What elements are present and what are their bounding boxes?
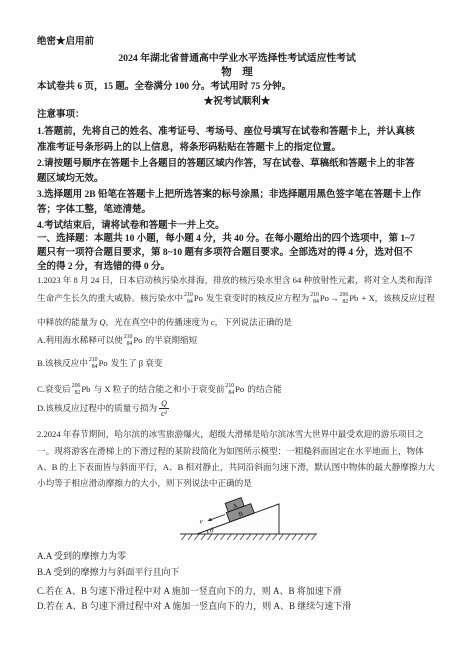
notice-line: 1.答题前，先将自己的姓名、准考证号、考场号、座位号填写在试卷和答题卡上，并认真… (37, 126, 415, 139)
notice-line: 4.考试结束后，请将试卷和答题卡一并上交。 (37, 220, 225, 233)
q2-stem-line: 一。现将游客在滑梯上的下滑过程的某阶段简化为如图所示模型：一粗糙斜面固定在水平地… (37, 445, 424, 458)
nuclide-pb206: 20682Pb (340, 292, 359, 305)
q2-option-c: C.若在 A、B 匀速下滑过程中对 A 施加一竖直向下的力，则 A、B 将加速下… (37, 585, 342, 598)
ground-hatching (182, 534, 317, 540)
velocity-arrowhead (208, 518, 212, 521)
q1-stem-text: 发生衰变时的核反应方程为 (204, 292, 309, 305)
page-title: 2024 年湖北省普通高中学业水平选择性考试适应性考试 (0, 52, 474, 65)
nuclide-pb206: 20682Pb (72, 383, 91, 396)
incline-figure: θ A B v (176, 488, 322, 550)
q2-stem-line: 2.2024 年春节期间，哈尔滨的冰雪旅游爆火，超级大滑梯是哈尔滨冰雪大世界中最… (37, 428, 424, 441)
q2-option-d: D.若在 A、B 匀速下滑过程中对 A 施加一竖直向下的力，则 A、B 继续匀速… (37, 600, 351, 613)
notice-line: 题区域均无效。 (37, 173, 104, 186)
velocity-label: v (200, 518, 204, 526)
mass-defect-fraction: Qc² (159, 399, 169, 418)
q1-option-d: D.该核反应过程中的质量亏损为 Qc² (37, 399, 169, 418)
nuclide-po210: 21084Po (225, 383, 244, 396)
subject-title: 物 理 (0, 66, 474, 79)
velocity-arrow-line (211, 515, 226, 520)
q1-stem-text: 生命产生长久的重大威胁。核污染水中 (37, 292, 183, 305)
q1-stem-line: 1.2023 年 8 月 24 日，日本启动核污染水排海，排放的核污染水里含 6… (37, 274, 432, 287)
section-heading-line: 全的得 2 分，有选错的得 0 分。 (37, 261, 170, 274)
nuclide-po210: 21084Po (89, 357, 108, 370)
notice-line: 3.选择题用 2B 铅笔在答题卡上把所选答案的标号涂黑；非选择题用黑色签字笔在答… (37, 189, 421, 202)
notice-line: 准准考证号条形码上的以上信息，将条形码粘贴在答题卡上的指定位置。 (37, 142, 341, 155)
exam-page: 绝密★启用前 2024 年湖北省普通高中学业水平选择性考试适应性考试 物 理 本… (0, 0, 474, 670)
q1-stem-line: 中释放的能量为 Q，光在真空中的传播速度为 c，下列说法正确的是 (37, 316, 292, 329)
q1-option-b: B.该核反应中 21084Po 发生了 β 衰变 (37, 357, 162, 370)
reaction-arrow: → (330, 292, 339, 305)
section-heading-line: 题只有一项符合题目要求，第 8~10 题有多项符合题目要求。全部选对的得 4 分… (37, 247, 412, 260)
nuclide-po210: 21084Po (310, 292, 329, 305)
nuclide-po210: 21084Po (184, 292, 203, 305)
q1-stem-line: 生命产生长久的重大威胁。核污染水中 21084Po 发生衰变时的核反应方程为 2… (37, 292, 435, 305)
wish-line: ★祝考试顺利★ (0, 96, 474, 109)
q2-option-b: B.A 受到的摩擦力与斜面平行且向下 (37, 566, 180, 579)
q2-option-a: A.A 受到的摩擦力为零 (37, 550, 126, 563)
q2-stem-line: A、B 的上下表面皆与斜面平行，A、B 相对静止，共同沿斜面匀速下滑，默认图中物… (37, 461, 435, 474)
exam-info: 本试卷共 6 页，15 题。全卷满分 100 分。考试用时 75 分钟。 (37, 81, 291, 94)
classification-label: 绝密★启用前 (37, 36, 94, 49)
angle-label: θ (210, 527, 214, 535)
q1-option-c: C.衰变后 20682Pb 与 X 粒子的结合能之和小于衰变前 21084Po … (37, 383, 282, 396)
notice-line: 答；字体工整，笔迹清楚。 (37, 204, 151, 217)
q1-option-a: A.利用海水稀释可以使 21084Po 的半衰期缩短 (37, 334, 197, 347)
notice-line: 2.请按题号顺序在答题卡上各题目的答题区域内作答，写在试卷、草稿纸和答题卡上的非… (37, 158, 415, 171)
section-heading-line: 一、选择题：本题共 10 小题，每小题 4 分，共 40 分。在每小题给出的四个… (37, 233, 415, 246)
notice-heading: 注意事项： (37, 109, 85, 122)
q1-stem-text: + X，该核反应过程 (359, 292, 435, 305)
nuclide-po210: 21084Po (124, 334, 143, 347)
